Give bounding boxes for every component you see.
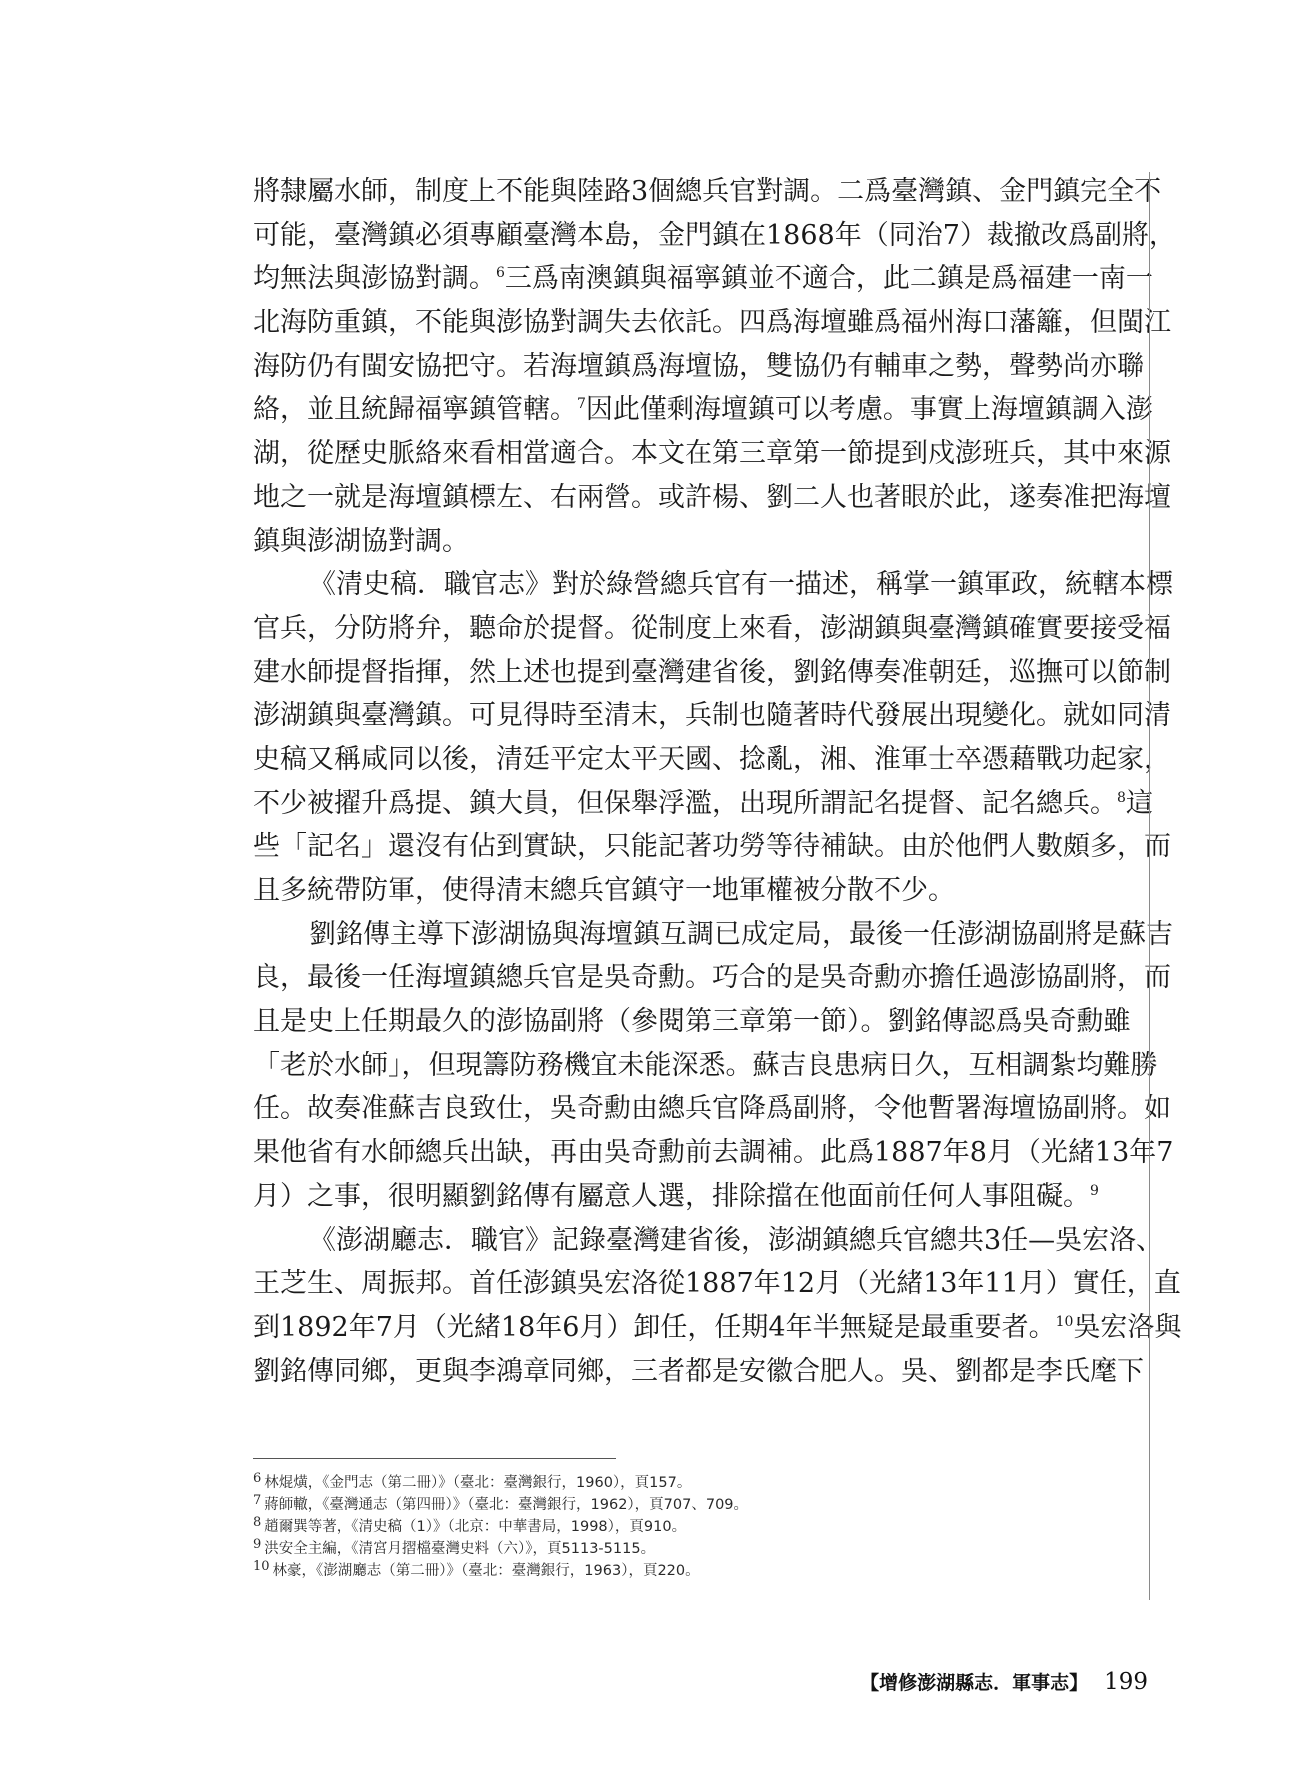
footnote-ref[interactable]: 8	[1117, 790, 1126, 806]
footnote-item: 8趙爾巽等著，《清史稿（1）》（北京：中華書局，1998），頁910。	[253, 1512, 953, 1534]
body-line: 澎湖鎮與臺灣鎮。可見得時至清末，兵制也隨著時代發展出現變化。就如同清	[253, 696, 1129, 740]
page-footer: 【增修澎湖縣志．軍事志】199	[860, 1668, 1148, 1695]
footnote-ref[interactable]: 7	[577, 396, 586, 412]
body-line: 到1892年7月（光緒18年6月）卸任，任期4年半無疑是最重要者。10吳宏洛與	[253, 1308, 1129, 1352]
footnote-number: 9	[253, 1537, 261, 1552]
footnote-item: 7蔣師轍，《臺灣通志（第四冊）》（臺北：臺灣銀行，1962），頁707、709。	[253, 1490, 953, 1512]
footnote-text: 林豪，《澎湖廳志（第二冊）》（臺北：臺灣銀行，1963），頁220。	[273, 1563, 700, 1579]
body-line: 可能，臺灣鎮必須專顧臺灣本島，金門鎮在1868年（同治7）裁撤改爲副將，	[253, 216, 1129, 260]
footnote-text: 林焜熿，《金門志（第二冊）》（臺北：臺灣銀行，1960），頁157。	[264, 1475, 691, 1491]
body-line: 且多統帶防軍，使得清末總兵官鎮守一地軍權被分散不少。	[253, 871, 1129, 915]
body-line: 建水師提督指揮，然上述也提到臺灣建省後，劉銘傳奏准朝廷，巡撫可以節制	[253, 653, 1129, 697]
body-line: 將隸屬水師，制度上不能與陸路3個總兵官對調。二爲臺灣鎮、金門鎮完全不	[253, 172, 1129, 216]
footnote-divider	[253, 1458, 616, 1459]
body-line: 史稿又稱咸同以後，清廷平定太平天國、捻亂，湘、淮軍士卒憑藉戰功起家，	[253, 740, 1129, 784]
series-title: 【增修澎湖縣志．軍事志】	[860, 1672, 1088, 1694]
body-line: 北海防重鎮，不能與澎協對調失去依託。四爲海壇雖爲福州海口藩籬，但閩江	[253, 303, 1129, 347]
margin-rule	[1149, 172, 1150, 1600]
body-line: 且是史上任期最久的澎協副將（參閱第三章第一節）。劉銘傳認爲吳奇勳雖	[253, 1002, 1129, 1046]
footnote-text: 洪安全主編，《清宮月摺檔臺灣史料（六）》，頁5113-5115。	[264, 1541, 655, 1557]
book-page: 將隸屬水師，制度上不能與陸路3個總兵官對調。二爲臺灣鎮、金門鎮完全不 可能，臺灣…	[0, 0, 1300, 1778]
footnote-ref[interactable]: 10	[1056, 1314, 1074, 1330]
body-line: 絡，並且統歸福寧鎮管轄。7因此僅剩海壇鎮可以考慮。事實上海壇鎮調入澎	[253, 390, 1129, 434]
footnote-text: 蔣師轍，《臺灣通志（第四冊）》（臺北：臺灣銀行，1962），頁707、709。	[264, 1497, 748, 1513]
body-text: 將隸屬水師，制度上不能與陸路3個總兵官對調。二爲臺灣鎮、金門鎮完全不 可能，臺灣…	[253, 172, 1129, 1395]
paragraph-start: 《清史稿．職官志》對於綠營總兵官有一描述，稱掌一鎮軍政，統轄本標	[253, 565, 1129, 609]
body-line: 均無法與澎協對調。6三爲南澳鎮與福寧鎮並不適合，此二鎮是爲福建一南一	[253, 259, 1129, 303]
body-line: 劉銘傳同鄉，更與李鴻章同鄉，三者都是安徽合肥人。吳、劉都是李氏麾下	[253, 1352, 1129, 1396]
paragraph-start: 《澎湖廳志．職官》記錄臺灣建省後，澎湖鎮總兵官總共3任—吳宏洛、	[253, 1221, 1129, 1265]
footnote-item: 10林豪，《澎湖廳志（第二冊）》（臺北：臺灣銀行，1963），頁220。	[253, 1556, 953, 1578]
page-number: 199	[1104, 1669, 1148, 1695]
body-line: 不少被擢升爲提、鎮大員，但保舉浮濫，出現所謂記名提督、記名總兵。8這	[253, 784, 1129, 828]
footnote-ref[interactable]: 6	[496, 265, 505, 281]
body-line: 王芝生、周振邦。首任澎鎮吳宏洛從1887年12月（光緒13年11月）實任，直	[253, 1264, 1129, 1308]
footnote-number: 7	[253, 1493, 261, 1508]
body-line: 良，最後一任海壇鎮總兵官是吳奇勳。巧合的是吳奇勳亦擔任過澎協副將，而	[253, 958, 1129, 1002]
body-line: 湖，從歷史脈絡來看相當適合。本文在第三章第一節提到戍澎班兵，其中來源	[253, 434, 1129, 478]
footnote-item: 6林焜熿，《金門志（第二冊）》（臺北：臺灣銀行，1960），頁157。	[253, 1468, 953, 1490]
body-line: 地之一就是海壇鎮標左、右兩營。或許楊、劉二人也著眼於此，遂奏准把海壇	[253, 478, 1129, 522]
body-line: 鎮與澎湖協對調。	[253, 522, 1129, 566]
body-line: 些「記名」還沒有佔到實缺，只能記著功勞等待補缺。由於他們人數頗多，而	[253, 827, 1129, 871]
footnote-item: 9洪安全主編，《清宮月摺檔臺灣史料（六）》，頁5113-5115。	[253, 1534, 953, 1556]
body-line: 官兵，分防將弁，聽命於提督。從制度上來看，澎湖鎮與臺灣鎮確實要接受福	[253, 609, 1129, 653]
body-line: 果他省有水師總兵出缺，再由吳奇勳前去調補。此爲1887年8月（光緒13年7	[253, 1133, 1129, 1177]
paragraph-start: 劉銘傳主導下澎湖協與海壇鎮互調已成定局，最後一任澎湖協副將是蘇吉	[253, 915, 1129, 959]
footnotes: 6林焜熿，《金門志（第二冊）》（臺北：臺灣銀行，1960），頁157。 7蔣師轍…	[253, 1468, 953, 1578]
footnote-ref[interactable]: 9	[1090, 1183, 1099, 1199]
footnote-number: 10	[253, 1559, 270, 1574]
body-line: 海防仍有閩安協把守。若海壇鎮爲海壇協，雙協仍有輔車之勢，聲勢尚亦聯	[253, 347, 1129, 391]
footnote-text: 趙爾巽等著，《清史稿（1）》（北京：中華書局，1998），頁910。	[264, 1519, 686, 1535]
body-line: 「老於水師」，但現籌防務機宜未能深悉。蘇吉良患病日久，互相調紮均難勝	[253, 1046, 1129, 1090]
footnote-number: 8	[253, 1515, 261, 1530]
footnote-number: 6	[253, 1471, 261, 1486]
body-line: 任。故奏准蘇吉良致仕，吳奇勳由總兵官降爲副將，令他暫署海壇協副將。如	[253, 1089, 1129, 1133]
body-line: 月）之事，很明顯劉銘傳有屬意人選，排除擋在他面前任何人事阻礙。9	[253, 1177, 1129, 1221]
